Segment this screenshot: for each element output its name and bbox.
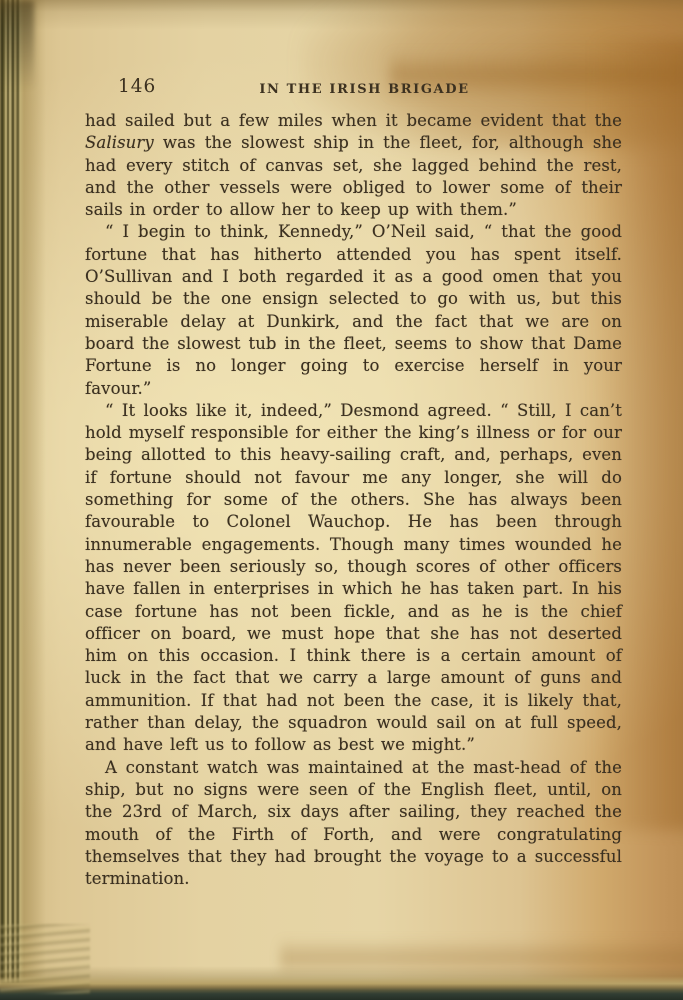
- ship-name-italic: Salisury: [85, 133, 154, 152]
- paragraph: “ It looks like it, indeed,” Desmond agr…: [85, 400, 622, 757]
- page-stack-bottom-left-corner: [0, 924, 90, 994]
- paragraph: “ I begin to think, Kennedy,” O’Neil sai…: [85, 221, 622, 399]
- paragraph: had sailed but a few miles when it becam…: [85, 110, 622, 221]
- book-gutter-edge: [0, 0, 46, 1000]
- page-body-text: had sailed but a few miles when it becam…: [85, 110, 622, 890]
- paragraph: A constant watch was maintained at the m…: [85, 757, 622, 891]
- scanned-book-page: 146 IN THE IRISH BRIGADE had sailed but …: [0, 0, 683, 1000]
- page-stack-bottom-edge: [0, 966, 683, 1000]
- paragraph-text: was the slowest ship in the fleet, for, …: [85, 133, 622, 219]
- running-title: IN THE IRISH BRIGADE: [85, 82, 622, 97]
- paragraph-text: had sailed but a few miles when it becam…: [85, 111, 622, 130]
